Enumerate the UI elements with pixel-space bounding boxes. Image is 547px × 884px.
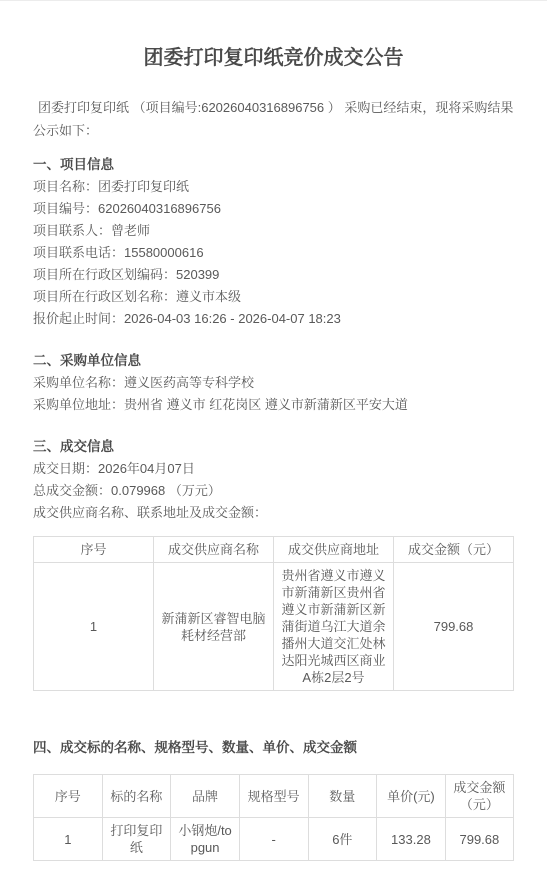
field-label: 项目名称： <box>33 179 98 194</box>
field-value: 遵义医药高等专科学校 <box>124 375 254 390</box>
field-value: 62026040316896756 <box>98 201 221 216</box>
item-header-amount: 成交金额（元） <box>445 775 513 818</box>
field-supplier-leadin: 成交供应商名称、联系地址及成交金额： <box>33 502 514 524</box>
field-label: 成交日期： <box>33 461 98 476</box>
field-district-code: 项目所在行政区划编码：520399 <box>33 264 514 286</box>
field-label: 项目所在行政区划名称： <box>33 289 176 304</box>
supplier-header-amount: 成交金额（元） <box>394 537 514 563</box>
intro-paragraph: 团委打印复印纸 （项目编号:62026040316896756 ） 采购已经结束… <box>33 96 514 142</box>
field-label: 项目联系人： <box>33 223 111 238</box>
field-value: 15580000616 <box>124 245 204 260</box>
section-deal-heading: 三、成交信息 <box>33 436 514 458</box>
field-project-number: 项目编号：62026040316896756 <box>33 198 514 220</box>
item-cell-seq: 1 <box>34 818 103 861</box>
supplier-cell-name: 新蒲新区睿智电脑耗材经营部 <box>154 563 274 691</box>
item-header-qty: 数量 <box>308 775 377 818</box>
supplier-header-name: 成交供应商名称 <box>154 537 274 563</box>
field-label: 项目联系电话： <box>33 245 124 260</box>
field-label: 报价起止时间： <box>33 311 124 326</box>
field-value: 0.079968 （万元） <box>111 483 221 498</box>
field-value: 2026年04月07日 <box>98 461 195 476</box>
item-cell-name: 打印复印纸 <box>102 818 171 861</box>
field-label: 项目编号： <box>33 201 98 216</box>
page-title: 团委打印复印纸竞价成交公告 <box>33 45 514 71</box>
field-label: 采购单位地址： <box>33 397 124 412</box>
field-purchaser-address: 采购单位地址：贵州省 遵义市 红花岗区 遵义市新蒲新区平安大道 <box>33 394 514 416</box>
supplier-table: 序号 成交供应商名称 成交供应商地址 成交金额（元） 1 新蒲新区睿智电脑耗材经… <box>33 536 514 691</box>
field-project-name: 项目名称：团委打印复印纸 <box>33 176 514 198</box>
field-deal-date: 成交日期：2026年04月07日 <box>33 458 514 480</box>
field-purchaser-name: 采购单位名称：遵义医药高等专科学校 <box>33 372 514 394</box>
field-value: 2026-04-03 16:26 - 2026-04-07 18:23 <box>124 311 341 326</box>
item-header-name: 标的名称 <box>102 775 171 818</box>
item-cell-brand: 小钢炮/topgun <box>171 818 240 861</box>
field-label: 项目所在行政区划编码： <box>33 267 176 282</box>
field-quote-period: 报价起止时间：2026-04-03 16:26 - 2026-04-07 18:… <box>33 308 514 330</box>
supplier-table-row: 1 新蒲新区睿智电脑耗材经营部 贵州省遵义市遵义市新蒲新区贵州省遵义市新蒲新区新… <box>34 563 514 691</box>
supplier-cell-seq: 1 <box>34 563 154 691</box>
section-purchaser: 二、采购单位信息 采购单位名称：遵义医药高等专科学校 采购单位地址：贵州省 遵义… <box>33 350 514 416</box>
field-district-name: 项目所在行政区划名称：遵义市本级 <box>33 286 514 308</box>
supplier-table-header-row: 序号 成交供应商名称 成交供应商地址 成交金额（元） <box>34 537 514 563</box>
item-header-brand: 品牌 <box>171 775 240 818</box>
item-header-seq: 序号 <box>34 775 103 818</box>
section-deal: 三、成交信息 成交日期：2026年04月07日 总成交金额：0.079968 （… <box>33 436 514 691</box>
item-cell-spec: - <box>239 818 308 861</box>
section-project-heading: 一、项目信息 <box>33 154 514 176</box>
field-value: 520399 <box>176 267 219 282</box>
field-project-phone: 项目联系电话：15580000616 <box>33 242 514 264</box>
item-cell-amount: 799.68 <box>445 818 513 861</box>
field-project-contact: 项目联系人：曾老师 <box>33 220 514 242</box>
field-label: 总成交金额： <box>33 483 111 498</box>
supplier-header-address: 成交供应商地址 <box>274 537 394 563</box>
item-cell-qty: 6件 <box>308 818 377 861</box>
field-deal-total: 总成交金额：0.079968 （万元） <box>33 480 514 502</box>
field-value: 曾老师 <box>111 223 150 238</box>
supplier-header-seq: 序号 <box>34 537 154 563</box>
field-label: 成交供应商名称、联系地址及成交金额： <box>33 505 267 520</box>
section-items: 四、成交标的名称、规格型号、数量、单价、成交金额 序号 标的名称 品牌 规格型号… <box>33 737 514 861</box>
section-items-heading: 四、成交标的名称、规格型号、数量、单价、成交金额 <box>33 737 514 759</box>
item-header-spec: 规格型号 <box>239 775 308 818</box>
supplier-cell-address: 贵州省遵义市遵义市新蒲新区贵州省遵义市新蒲新区新蒲街道乌江大道余播州大道交汇处林… <box>274 563 394 691</box>
announcement-page: 团委打印复印纸竞价成交公告 团委打印复印纸 （项目编号:620260403168… <box>0 0 547 883</box>
item-header-unit-price: 单价(元) <box>377 775 446 818</box>
field-value: 遵义市本级 <box>176 289 241 304</box>
section-purchaser-heading: 二、采购单位信息 <box>33 350 514 372</box>
supplier-cell-amount: 799.68 <box>394 563 514 691</box>
item-table-row: 1 打印复印纸 小钢炮/topgun - 6件 133.28 799.68 <box>34 818 514 861</box>
item-table-header-row: 序号 标的名称 品牌 规格型号 数量 单价(元) 成交金额（元） <box>34 775 514 818</box>
item-cell-unit-price: 133.28 <box>377 818 446 861</box>
field-label: 采购单位名称： <box>33 375 124 390</box>
field-value: 团委打印复印纸 <box>98 179 189 194</box>
item-table: 序号 标的名称 品牌 规格型号 数量 单价(元) 成交金额（元） 1 打印复印纸… <box>33 774 514 861</box>
section-project: 一、项目信息 项目名称：团委打印复印纸 项目编号：620260403168967… <box>33 154 514 330</box>
field-value: 贵州省 遵义市 红花岗区 遵义市新蒲新区平安大道 <box>124 397 408 412</box>
